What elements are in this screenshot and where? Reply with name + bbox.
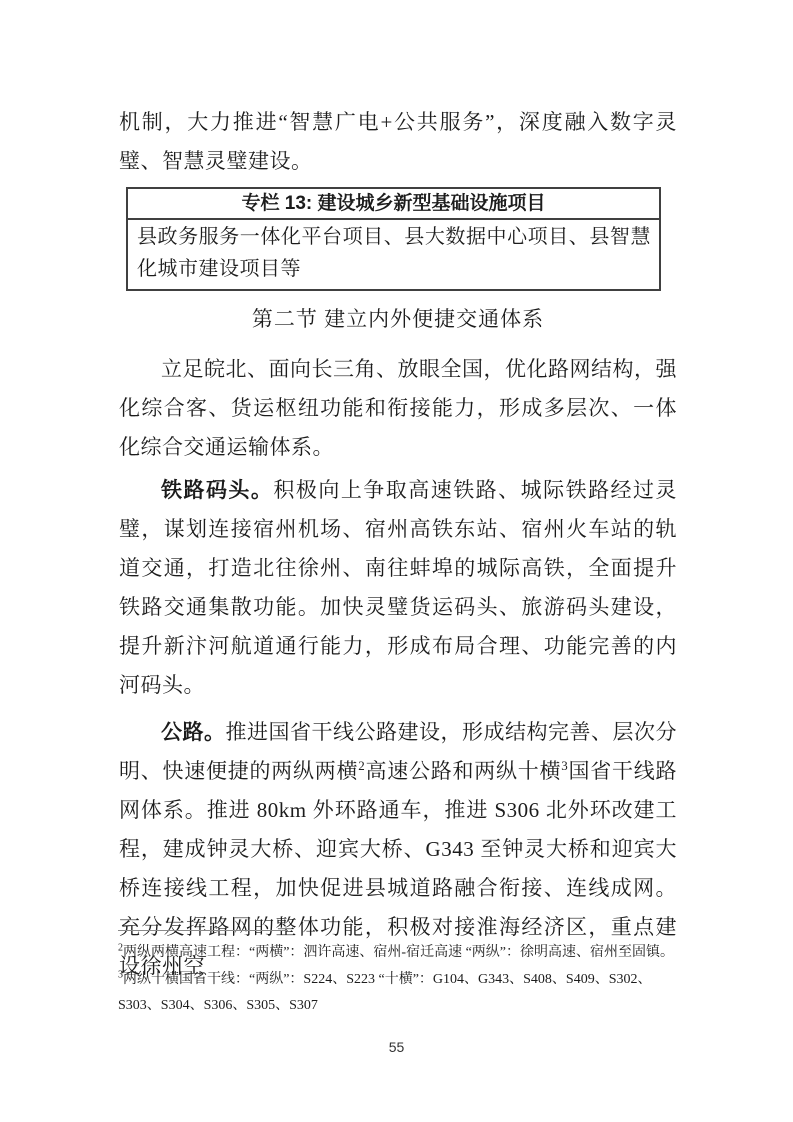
page-content: 机制，大力推进“智慧广电+公共服务”，深度融入数字灵璧、智慧灵璧建设。 专栏 1…: [119, 103, 677, 986]
overview-paragraph: 立足皖北、面向长三角、放眼全国，优化路网结构，强化综合客、货运枢纽功能和衔接能力…: [119, 350, 677, 467]
rail-port-text: 积极向上争取高速铁路、城际铁路经过灵璧，谋划连接宿州机场、宿州高铁东站、宿州火车…: [119, 478, 677, 697]
highway-text-2: 高速公路和两纵十横: [365, 759, 561, 783]
footnote-3: 3两纵十横国省干线：“两纵”：S224、S223 “十横”：G104、G343、…: [118, 967, 680, 1020]
section-heading: 第二节 建立内外便捷交通体系: [119, 300, 677, 339]
footnote-divider: [118, 930, 288, 931]
footnotes-section: 2两纵两横高速工程：“两横”：泗许高速、宿州-宿迁高速 “两纵”：徐明高速、宿州…: [118, 930, 680, 1020]
callout-box-body: 县政务服务一体化平台项目、县大数据中心项目、县智慧化城市建设项目等: [128, 220, 659, 289]
callout-box-title: 专栏 13: 建设城乡新型基础设施项目: [128, 189, 659, 220]
rail-port-paragraph: 铁路码头。积极向上争取高速铁路、城际铁路经过灵璧，谋划连接宿州机场、宿州高铁东站…: [119, 471, 677, 705]
rail-port-lead: 铁路码头。: [161, 478, 273, 502]
intro-paragraph: 机制，大力推进“智慧广电+公共服务”，深度融入数字灵璧、智慧灵璧建设。: [119, 103, 677, 181]
document-page: 机制，大力推进“智慧广电+公共服务”，深度融入数字灵璧、智慧灵璧建设。 专栏 1…: [0, 0, 793, 1122]
footnote-3-text: 两纵十横国省干线：“两纵”：S224、S223 “十横”：G104、G343、S…: [118, 972, 652, 1014]
callout-box: 专栏 13: 建设城乡新型基础设施项目 县政务服务一体化平台项目、县大数据中心项…: [126, 187, 661, 291]
highway-lead: 公路。: [161, 720, 226, 744]
footnote-2-text: 两纵两横高速工程：“两横”：泗许高速、宿州-宿迁高速 “两纵”：徐明高速、宿州至…: [123, 945, 674, 960]
page-number: 55: [0, 1039, 793, 1055]
footnote-2: 2两纵两横高速工程：“两横”：泗许高速、宿州-宿迁高速 “两纵”：徐明高速、宿州…: [118, 940, 680, 967]
